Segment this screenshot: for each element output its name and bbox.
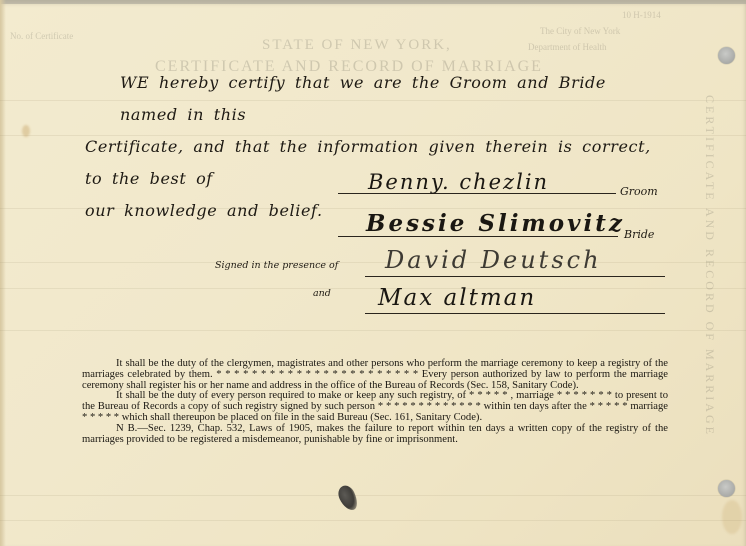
rule-line [0, 330, 746, 331]
ghost-city: The City of New York [540, 26, 620, 36]
page-top-edge [0, 0, 746, 4]
ghost-form-number: 10 H-1914 [622, 10, 661, 20]
statute-paragraph-1: It shall be the duty of the clergymen, m… [82, 359, 668, 391]
and-label: and [313, 288, 331, 299]
statute-notice: It shall be the duty of the clergymen, m… [82, 359, 668, 445]
bride-label: Bride [624, 228, 654, 241]
rule-line [0, 288, 746, 289]
punch-hole-bottom [718, 480, 735, 497]
rule-line [0, 262, 746, 263]
ghost-department: Department of Health [528, 42, 606, 52]
ghost-side-vertical: CERTIFICATE AND RECORD OF MARRIAGE [702, 95, 717, 437]
certificate-page: 10 H-1914 The City of New York Departmen… [0, 0, 746, 546]
stain [722, 500, 742, 534]
groom-signature: Benny. chezlin [368, 170, 549, 194]
bride-signature: Bessie Slimovitz [366, 210, 625, 237]
ghost-no-certificate: No. of Certificate [10, 31, 73, 41]
ink-blot [335, 483, 360, 513]
witness2-signature: Max altman [378, 285, 536, 311]
witness1-signature: David Deutsch [385, 246, 602, 274]
statute-paragraph-2: It shall be the duty of every person req… [82, 391, 668, 423]
stain [22, 125, 30, 137]
witness2-signature-line [365, 313, 665, 314]
ghost-state-heading: STATE OF NEW YORK, [262, 37, 452, 54]
page-left-edge [0, 0, 6, 546]
rule-line [0, 495, 746, 496]
certification-line-1: WE hereby certify that we are the Groom … [85, 67, 670, 131]
groom-label: Groom [620, 185, 658, 198]
presence-label: Signed in the presence of [215, 260, 338, 271]
rule-line [0, 520, 746, 521]
statute-paragraph-3: N B.—Sec. 1239, Chap. 532, Laws of 1905,… [82, 424, 668, 446]
punch-hole-top [718, 47, 735, 64]
witness1-signature-line [365, 276, 665, 277]
certification-statement: WE hereby certify that we are the Groom … [85, 67, 670, 227]
